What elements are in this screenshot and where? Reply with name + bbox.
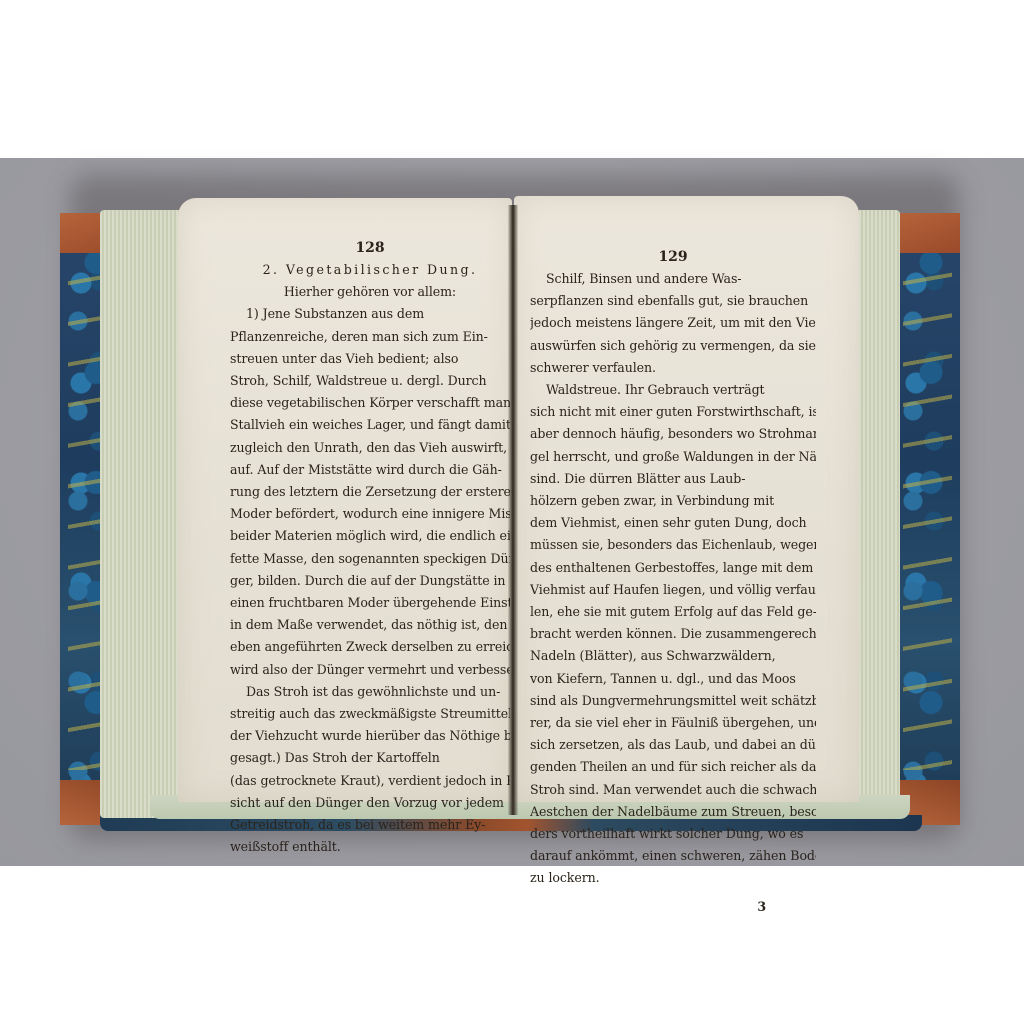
text-line: schwerer verfaulen. (530, 357, 816, 379)
text-line: des enthaltenen Gerbestoffes, lange mit … (530, 557, 816, 579)
text-line: rer, da sie viel eher in Fäulniß übergeh… (530, 712, 816, 734)
text-line: jedoch meistens längere Zeit, um mit den… (530, 312, 816, 334)
text-line: streuen unter das Vieh bedient; also (230, 348, 510, 370)
text-line: 1) Jene Substanzen aus dem (230, 303, 510, 325)
text-line: von Kiefern, Tannen u. dgl., und das Moo… (530, 668, 816, 690)
text-line: Aestchen der Nadelbäume zum Streuen, bes… (530, 801, 816, 823)
text-line: in dem Maße verwendet, das nöthig ist, d… (230, 614, 510, 636)
leather-corner-top-right (895, 213, 960, 253)
text-line: sich nicht mit einer guten Forstwirthsch… (530, 401, 816, 423)
text-line: eben angeführten Zweck derselben zu erre… (230, 636, 510, 658)
text-line: ders vortheilhaft wirkt solcher Dung, wo… (530, 823, 816, 845)
text-line: dem Viehmist, einen sehr guten Dung, doc… (530, 512, 816, 534)
text-line: Viehmist auf Haufen liegen, und völlig v… (530, 579, 816, 601)
page-block-edge-left (100, 210, 182, 818)
page-block-edge-right (855, 210, 900, 818)
text-line: ger, bilden. Durch die auf der Dungstätt… (230, 570, 510, 592)
text-line: serpflanzen sind ebenfalls gut, sie brau… (530, 290, 816, 312)
text-line: wird also der Dünger vermehrt und verbes… (230, 659, 510, 681)
text-line: der Viehzucht wurde hierüber das Nöthige… (230, 725, 510, 747)
text-line: darauf ankömmt, einen schweren, zähen Bo… (530, 845, 816, 867)
text-line: Pflanzenreiche, deren man sich zum Ein- (230, 326, 510, 348)
marble-pattern (903, 263, 952, 770)
text-line: auf. Auf der Miststätte wird durch die G… (230, 459, 510, 481)
text-line: sicht auf den Dünger den Vorzug vor jede… (230, 792, 510, 814)
text-line: Stroh sind. Man verwendet auch die schwa… (530, 779, 816, 801)
text-line: genden Theilen an und für sich reicher a… (530, 756, 816, 778)
text-line: Waldstreue. Ihr Gebrauch verträgt (530, 379, 816, 401)
section-subheading: Hierher gehören vor allem: (230, 281, 510, 303)
right-page-text: 129 Schilf, Binsen und andere Was- serpf… (530, 246, 816, 918)
text-line: gesagt.) Das Stroh der Kartoffeln (230, 747, 510, 769)
page-number: 128 (230, 237, 510, 259)
page-number: 129 (530, 246, 816, 268)
text-line: (das getrocknete Kraut), verdient jedoch… (230, 770, 510, 792)
text-line: zu lockern. (530, 867, 816, 889)
text-line: len, ehe sie mit gutem Erfolg auf das Fe… (530, 601, 816, 623)
text-line: müssen sie, besonders das Eichenlaub, we… (530, 534, 816, 556)
text-line: rung des letztern die Zersetzung der ers… (230, 481, 510, 503)
text-line: bracht werden können. Die zusammengerech… (530, 623, 816, 645)
text-line: sind als Dungvermehrungsmittel weit schä… (530, 690, 816, 712)
text-line: hölzern geben zwar, in Verbindung mit (530, 490, 816, 512)
text-line: fette Masse, den sogenannten speckigen D… (230, 548, 510, 570)
text-line: sind. Die dürren Blätter aus Laub- (530, 468, 816, 490)
text-line: Getreidstroh, da es bei weitem mehr Ey- (230, 814, 510, 836)
signature-mark: 3 (530, 896, 816, 918)
text-line: Stroh, Schilf, Waldstreue u. dergl. Durc… (230, 370, 510, 392)
text-line: Moder befördert, wodurch eine innigere M… (230, 503, 510, 525)
text-line: zugleich den Unrath, den das Vieh auswir… (230, 437, 510, 459)
text-line: Stallvieh ein weiches Lager, und fängt d… (230, 414, 510, 436)
text-line: Nadeln (Blätter), aus Schwarzwäldern, (530, 645, 816, 667)
text-line: Schilf, Binsen und andere Was- (530, 268, 816, 290)
text-line: aber dennoch häufig, besonders wo Strohm… (530, 423, 816, 445)
text-line: gel herrscht, und große Waldungen in der… (530, 446, 816, 468)
text-line: weißstoff enthält. (230, 836, 510, 858)
text-line: Das Stroh ist das gewöhnlichste und un- (230, 681, 510, 703)
text-line: beider Materien möglich wird, die endlic… (230, 525, 510, 547)
text-line: streitig auch das zweckmäßigste Streumit… (230, 703, 510, 725)
marbled-cover-right (895, 213, 960, 825)
text-line: sich zersetzen, als das Laub, und dabei … (530, 734, 816, 756)
text-line: diese vegetabilischen Körper verschafft … (230, 392, 510, 414)
text-line: auswürfen sich gehörig zu vermengen, da … (530, 335, 816, 357)
left-page-text: 128 2. Vegetabilischer Dung. Hierher geh… (230, 237, 510, 858)
text-line: einen fruchtbaren Moder übergehende Eins… (230, 592, 510, 614)
section-heading: 2. Vegetabilischer Dung. (230, 259, 510, 281)
